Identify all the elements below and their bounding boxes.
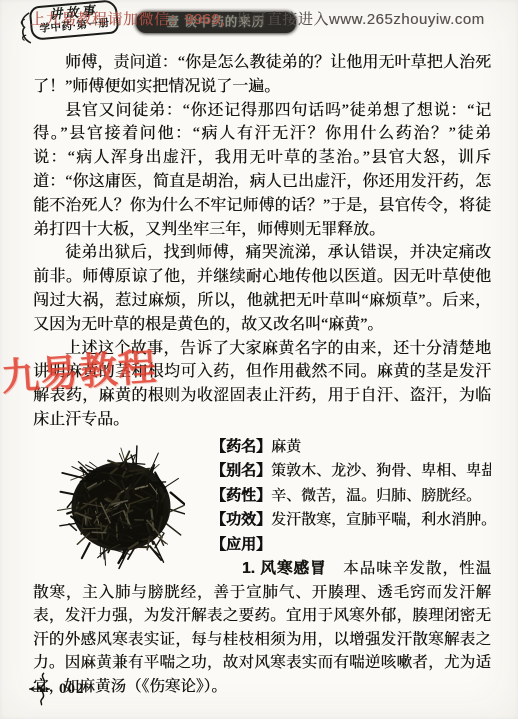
herb-photo [57,441,185,577]
application-paragraph: 1. 风寒感冒 本品味辛发散，性温散寒，主入肺与膀胱经，善于宣肺气、开腠理、透毛… [33,557,491,698]
entry-label: 【别名】 [211,462,271,479]
story-paragraph: 县官又问徒弟：“你还记得那四句话吗”徒弟想了想说：“记得。”县官接着问他：“病人… [33,99,491,242]
application-text: 本品味辛发散，性温散寒，主入肺与膀胱经，善于宣肺气、开腠理、透毛窍而发汗解表，发… [33,560,491,695]
entry-value: 麻黄 [271,439,301,455]
entry-label: 【药名】 [211,438,271,455]
monograph-entry: 【功效】发汗散寒，宣肺平喘，利水消肿。 [211,508,491,533]
story-paragraph: 徒弟出狱后，找到师傅，痛哭流涕，承认错误，并决定痛改前非。师傅原谅了他，并继续耐… [33,241,491,336]
monograph-entry: 【药名】麻黄 [211,435,491,460]
entry-value: 辛、微苦，温。归肺、膀胱经。 [271,488,481,504]
story-paragraph: 上述这个故事，告诉了大家麻黄名字的由来，还十分清楚地讲明麻黄的茎和根均可入药，但… [33,337,491,432]
entry-value: 策敦木、龙沙、狗骨、卑相、卑盐。 [271,463,491,479]
monograph-entry: 【应用】 [211,533,491,558]
story-paragraph: 师傅，责问道：“你是怎么教徒弟的？让他用无叶草把人治死了！”师傅便如实把情况说了… [33,51,491,99]
monograph-entry: 【药性】辛、微苦，温。归肺、膀胱经。 [211,484,491,509]
entry-label: 【应用】 [211,536,271,553]
monograph-section: 【药名】麻黄 【别名】策敦木、龙沙、狗骨、卑相、卑盐。 【药性】辛、微苦，温。归… [33,435,491,699]
entry-label: 【药性】 [211,487,271,504]
book-page: 壹 谈中药的来历 讲故事 学中药·第一册 上九易教程请加微信：9969，也可直接… [0,0,518,719]
page-ornament-icon [28,672,54,706]
monograph-entry: 【别名】策敦木、龙沙、狗骨、卑相、卑盐。 [211,459,491,484]
page-footer: 002 [28,672,85,706]
application-heading: 1. 风寒感冒 [242,560,327,577]
story-text: 师傅，责问道：“你是怎么教徒弟的？让他用无叶草把人治死了！”师傅便如实把情况说了… [33,51,491,698]
entry-label: 【功效】 [211,511,271,528]
entry-value: 发汗散寒，宣肺平喘，利水消肿。 [271,512,491,528]
top-watermark-contact: 上九易教程请加微信：9969， [30,11,236,28]
page-number: 002 [59,681,85,698]
top-watermark: 上九易教程请加微信：9969，也可直接进入www.265zhouyiw.com [30,8,485,29]
top-watermark-url: 也可直接进入www.265zhouyiw.com [236,11,485,28]
